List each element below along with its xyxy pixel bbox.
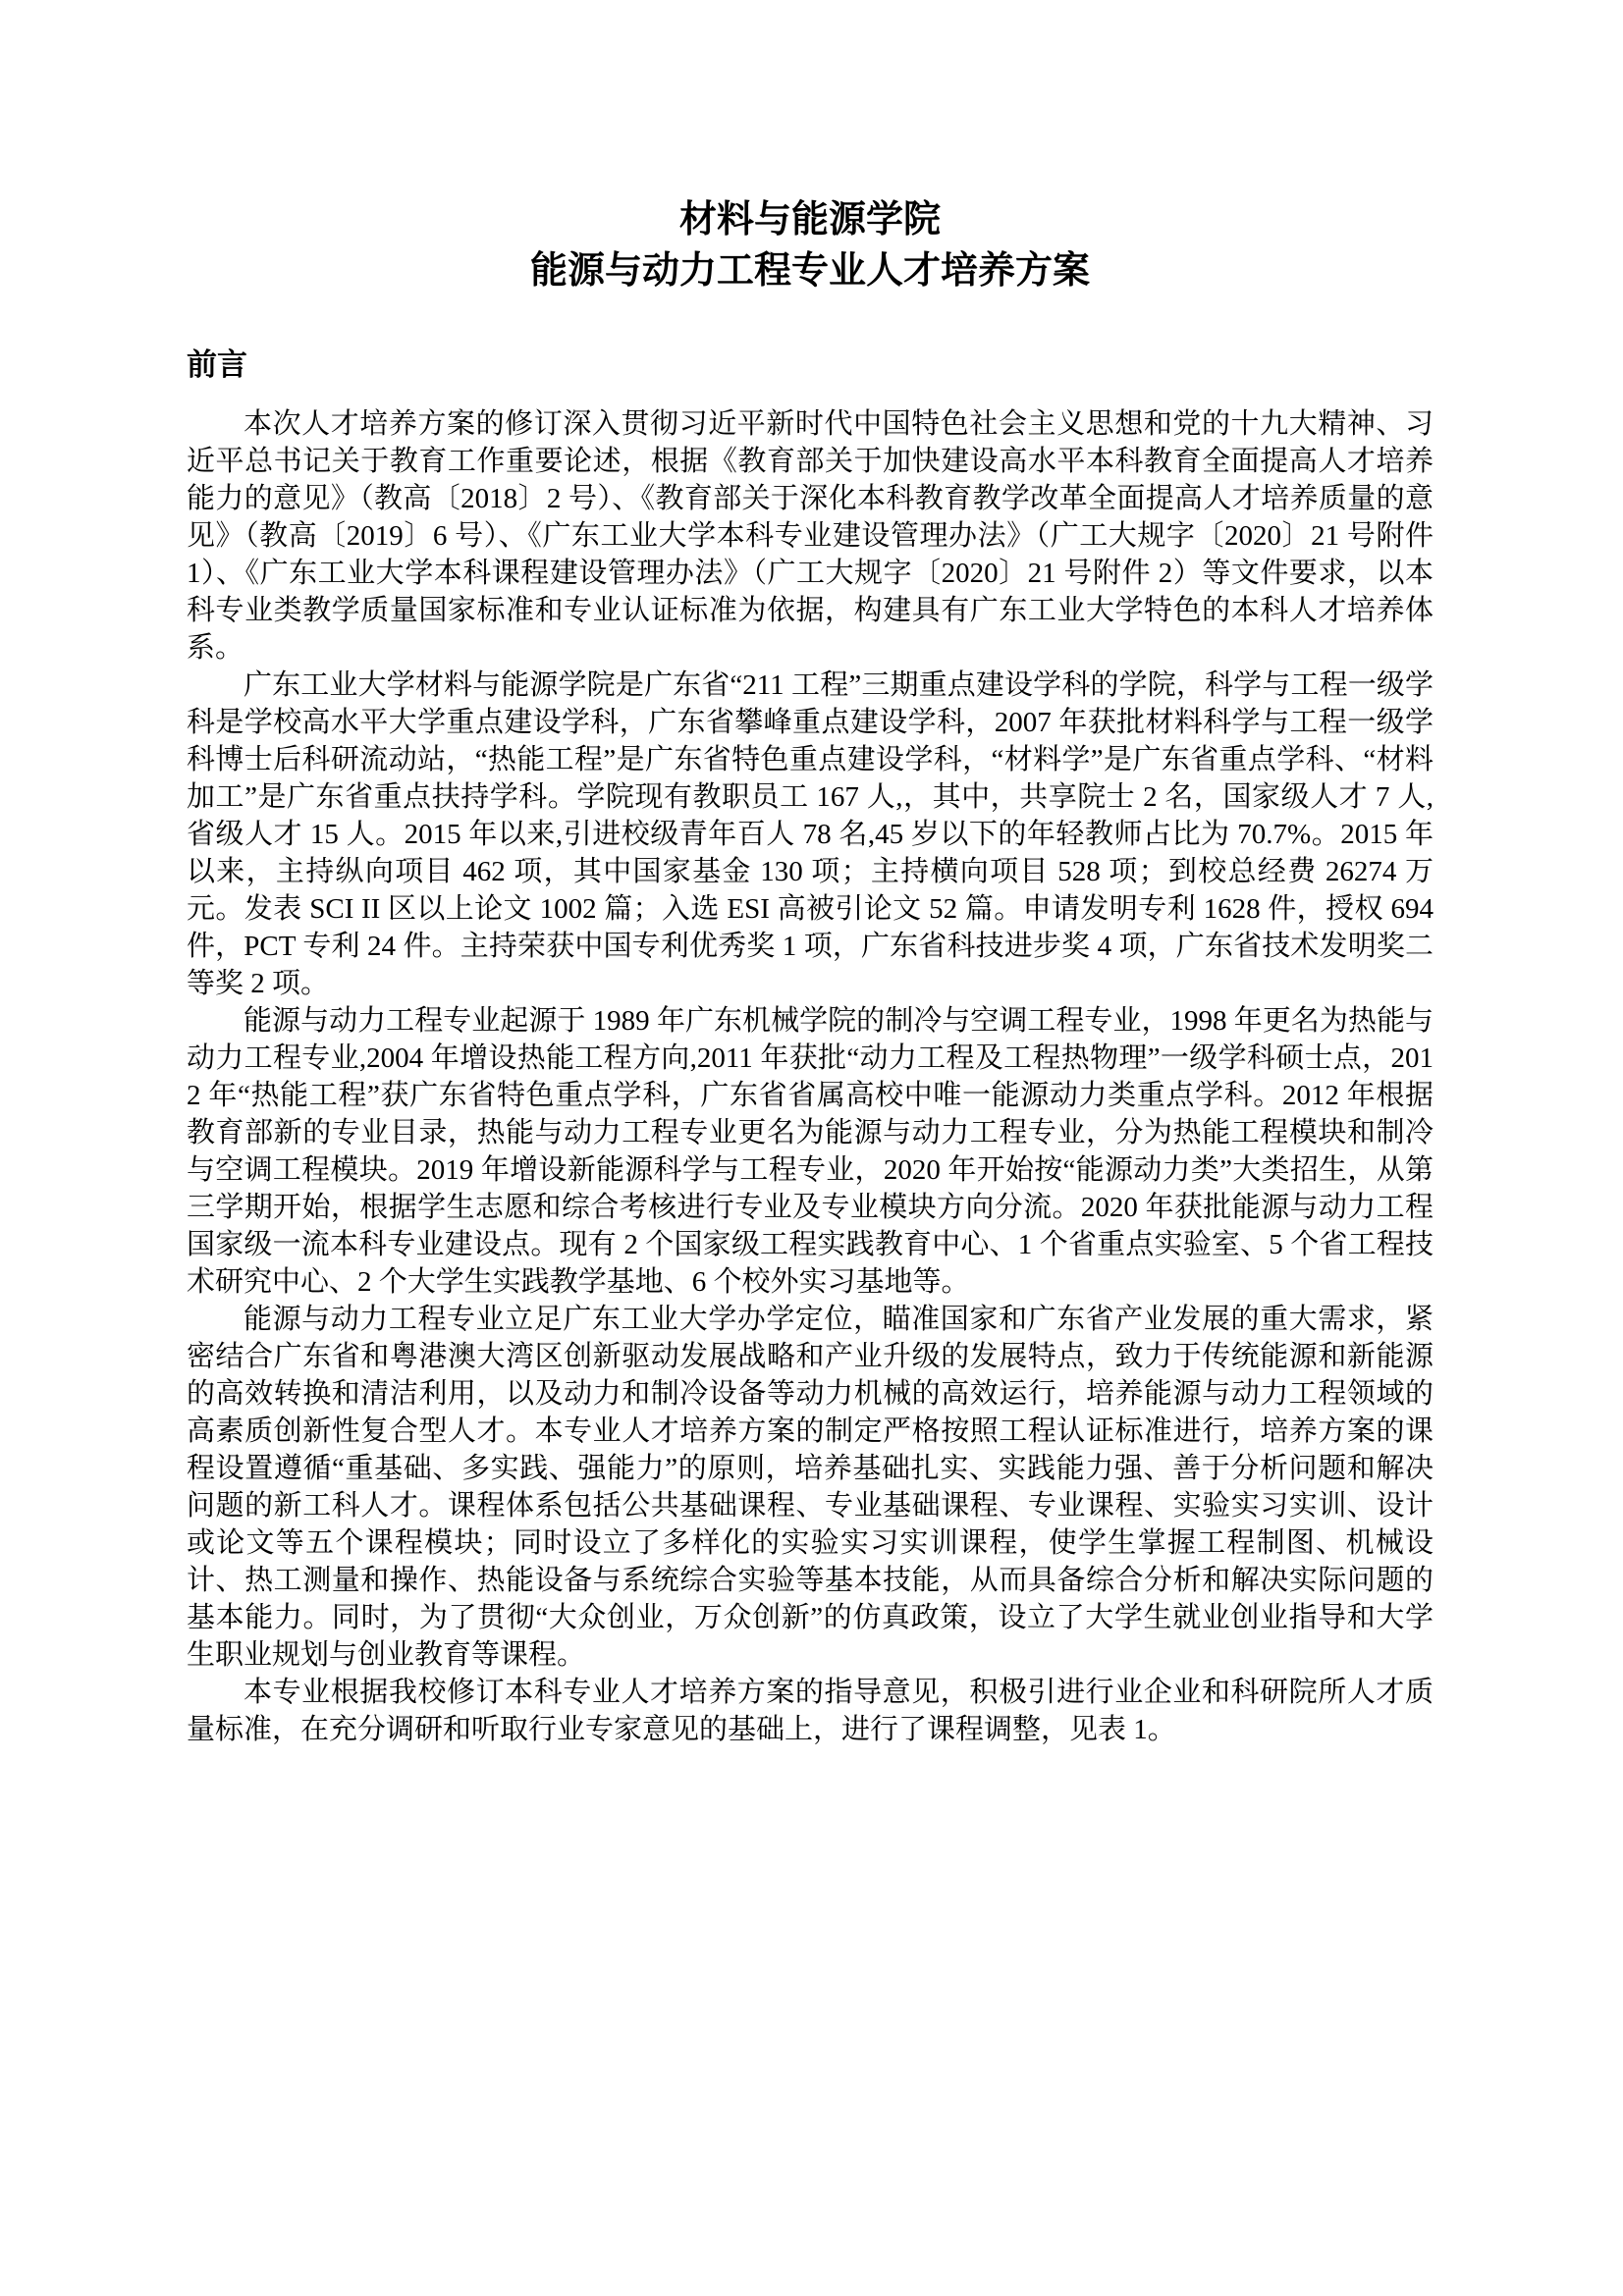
document-body: 本次人才培养方案的修订深入贯彻习近平新时代中国特色社会主义思想和党的十九大精神、… bbox=[187, 405, 1434, 1748]
document-title: 材料与能源学院 能源与动力工程专业人才培养方案 bbox=[187, 194, 1434, 296]
body-paragraph: 能源与动力工程专业立足广东工业大学办学定位，瞄准国家和广东省产业发展的重大需求，… bbox=[187, 1301, 1434, 1674]
document-page: 材料与能源学院 能源与动力工程专业人才培养方案 前言 本次人才培养方案的修订深入… bbox=[0, 0, 1623, 2296]
body-paragraph: 本次人才培养方案的修订深入贯彻习近平新时代中国特色社会主义思想和党的十九大精神、… bbox=[187, 405, 1434, 667]
body-paragraph: 广东工业大学材料与能源学院是广东省“211 工程”三期重点建设学科的学院，科学与… bbox=[187, 667, 1434, 1002]
document-title-line-2: 能源与动力工程专业人才培养方案 bbox=[187, 245, 1434, 296]
body-paragraph: 本专业根据我校修订本科专业人才培养方案的指导意见，积极引进行业企业和科研院所人才… bbox=[187, 1674, 1434, 1748]
body-paragraph: 能源与动力工程专业起源于 1989 年广东机械学院的制冷与空调工程专业，1998… bbox=[187, 1002, 1434, 1301]
document-title-line-1: 材料与能源学院 bbox=[187, 194, 1434, 245]
section-heading-preface: 前言 bbox=[187, 346, 1434, 385]
